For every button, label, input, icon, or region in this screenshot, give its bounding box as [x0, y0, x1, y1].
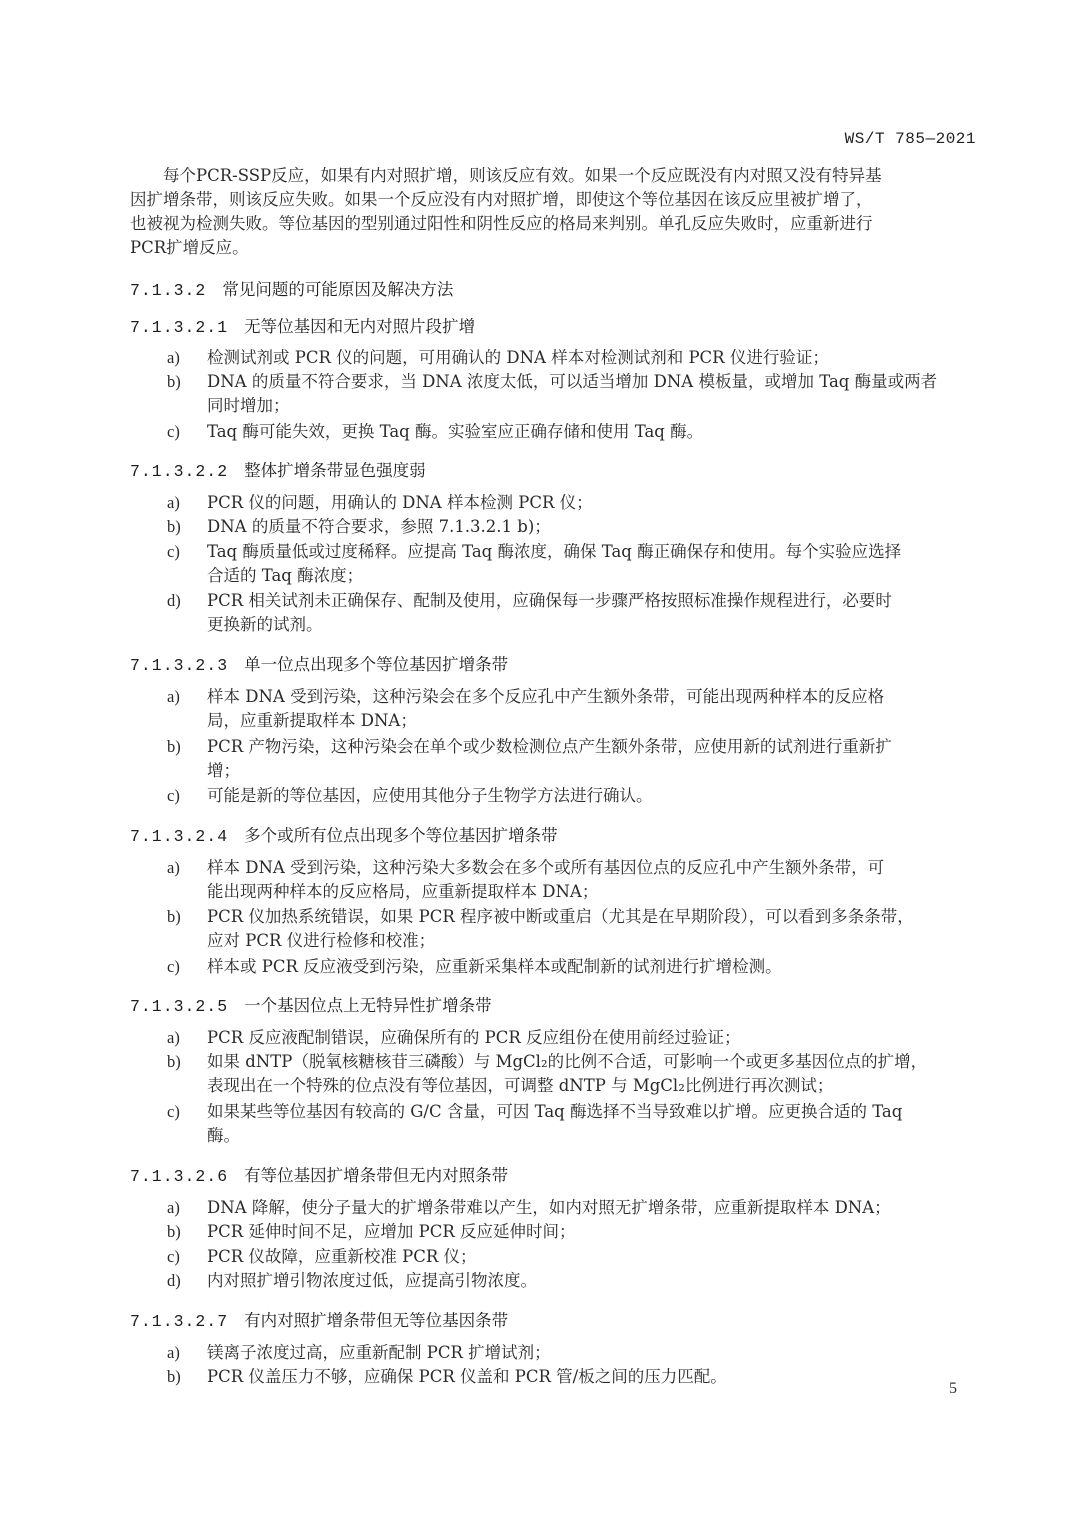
list-marker: c) — [167, 420, 180, 444]
subsection-heading: 7.1.3.2.2整体扩增条带显色强度弱 — [130, 457, 426, 481]
subsection-heading: 7.1.3.2.1无等位基因和无内对照片段扩增 — [130, 313, 475, 337]
list-marker: a) — [167, 856, 180, 880]
list-text: PCR 仪的问题，用确认的 DNA 样本检测 PCR 仪； — [207, 491, 979, 515]
list-text: PCR 相关试剂未正确保存、配制及使用，应确保每一步骤严格按照标准操作规程进行，… — [207, 589, 979, 613]
paragraph-line: PCR扩增反应。 — [130, 236, 978, 260]
list-text: Taq 酶可能失效，更换 Taq 酶。实验室应正确存储和使用 Taq 酶。 — [207, 420, 979, 444]
list-text: 酶。 — [207, 1124, 979, 1148]
subsection-title: 单一位点出现多个等位基因扩增条带 — [244, 655, 508, 674]
list-text: 同时增加； — [207, 394, 979, 418]
subsection-number: 7.1.3.2.5 — [130, 997, 228, 1016]
list-text: PCR 仪故障，应重新校准 PCR 仪； — [207, 1245, 979, 1269]
list-marker: c) — [167, 784, 180, 808]
list-marker: c) — [167, 540, 180, 564]
subsection-title: 多个或所有位点出现多个等位基因扩增条带 — [244, 826, 558, 845]
subsection-number: 7.1.3.2.4 — [130, 827, 228, 846]
subsection-heading: 7.1.3.2.4多个或所有位点出现多个等位基因扩增条带 — [130, 822, 558, 846]
list-text: 样本 DNA 受到污染，这种污染大多数会在多个或所有基因位点的反应孔中产生额外条… — [207, 856, 979, 880]
list-text: DNA 降解，使分子量大的扩增条带难以产生，如内对照无扩增条带，应重新提取样本 … — [207, 1196, 979, 1220]
list-marker: c) — [167, 955, 180, 979]
list-marker: b) — [167, 905, 181, 929]
intro-paragraph: 每个PCR-SSP反应，如果有内对照扩增，则该反应有效。如果一个反应既没有内对照… — [130, 164, 978, 260]
list-marker: a) — [167, 346, 180, 370]
subsection-heading: 7.1.3.2.3单一位点出现多个等位基因扩增条带 — [130, 651, 508, 675]
subsection-number: 7.1.3.2.7 — [130, 1312, 228, 1331]
section-number: 7.1.3.2 — [130, 281, 206, 300]
section-title: 常见问题的可能原因及解决方法 — [222, 280, 453, 299]
list-text: 局，应重新提取样本 DNA； — [207, 709, 979, 733]
list-text: 表现出在一个特殊的位点没有等位基因，可调整 dNTP 与 MgCl₂比例进行再次… — [207, 1074, 979, 1098]
list-marker: a) — [167, 1341, 180, 1365]
subsection-heading: 7.1.3.2.6有等位基因扩增条带但无内对照条带 — [130, 1162, 508, 1186]
list-text: 检测试剂或 PCR 仪的问题，可用确认的 DNA 样本对检测试剂和 PCR 仪进… — [207, 346, 979, 370]
list-text: PCR 仪盖压力不够，应确保 PCR 仪盖和 PCR 管/板之间的压力匹配。 — [207, 1365, 979, 1389]
list-text: DNA 的质量不符合要求，当 DNA 浓度太低，可以适当增加 DNA 模板量，或… — [207, 370, 979, 394]
list-text: PCR 仪加热系统错误，如果 PCR 程序被中断或重启（尤其是在早期阶段），可以… — [207, 905, 979, 929]
list-text: 合适的 Taq 酶浓度； — [207, 564, 979, 588]
list-marker: b) — [167, 370, 181, 394]
list-text: 如果 dNTP（脱氧核糖核苷三磷酸）与 MgCl₂的比例不合适，可影响一个或更多… — [207, 1050, 979, 1074]
list-text: 更换新的试剂。 — [207, 613, 979, 637]
list-text: 样本 DNA 受到污染，这种污染会在多个反应孔中产生额外条带，可能出现两种样本的… — [207, 685, 979, 709]
section-heading: 7.1.3.2常见问题的可能原因及解决方法 — [130, 276, 453, 300]
list-text: PCR 延伸时间不足，应增加 PCR 反应延伸时间； — [207, 1220, 979, 1244]
list-text: 增； — [207, 759, 979, 783]
list-text: 能出现两种样本的反应格局，应重新提取样本 DNA； — [207, 880, 979, 904]
document-page: WS/T 785—2021 每个PCR-SSP反应，如果有内对照扩增，则该反应有… — [0, 0, 1080, 1527]
list-marker: a) — [167, 1026, 180, 1050]
subsection-title: 有等位基因扩增条带但无内对照条带 — [244, 1166, 508, 1185]
subsection-heading: 7.1.3.2.7有内对照扩增条带但无等位基因条带 — [130, 1307, 508, 1331]
list-marker: a) — [167, 685, 180, 709]
list-marker: b) — [167, 1220, 181, 1244]
list-marker: a) — [167, 491, 180, 515]
list-text: PCR 反应液配制错误，应确保所有的 PCR 反应组份在使用前经过验证； — [207, 1026, 979, 1050]
list-marker: c) — [167, 1100, 180, 1124]
subsection-title: 无等位基因和无内对照片段扩增 — [244, 317, 475, 336]
subsection-number: 7.1.3.2.6 — [130, 1167, 228, 1186]
subsection-title: 整体扩增条带显色强度弱 — [244, 461, 426, 480]
subsection-title: 有内对照扩增条带但无等位基因条带 — [244, 1311, 508, 1330]
paragraph-line: 也被视为检测失败。等位基因的型别通过阳性和阴性反应的格局来判别。单孔反应失败时，… — [130, 212, 978, 236]
list-marker: b) — [167, 1050, 181, 1074]
subsection-title: 一个基因位点上无特异性扩增条带 — [244, 996, 492, 1015]
subsection-number: 7.1.3.2.2 — [130, 462, 228, 481]
list-marker: b) — [167, 1365, 181, 1389]
list-marker: d) — [167, 1269, 181, 1293]
list-text: 应对 PCR 仪进行检修和校准； — [207, 929, 979, 953]
list-text: 可能是新的等位基因，应使用其他分子生物学方法进行确认。 — [207, 784, 979, 808]
list-text: 镁离子浓度过高，应重新配制 PCR 扩增试剂； — [207, 1341, 979, 1365]
list-marker: c) — [167, 1245, 180, 1269]
subsection-heading: 7.1.3.2.5一个基因位点上无特异性扩增条带 — [130, 992, 492, 1016]
list-text: 内对照扩增引物浓度过低，应提高引物浓度。 — [207, 1269, 979, 1293]
list-marker: a) — [167, 1196, 180, 1220]
list-text: 样本或 PCR 反应液受到污染，应重新采集样本或配制新的试剂进行扩增检测。 — [207, 955, 979, 979]
paragraph-line: 每个PCR-SSP反应，如果有内对照扩增，则该反应有效。如果一个反应既没有内对照… — [130, 164, 978, 188]
list-text: 如果某些等位基因有较高的 G/C 含量，可因 Taq 酶选择不当导致难以扩增。应… — [207, 1100, 979, 1124]
subsection-number: 7.1.3.2.3 — [130, 656, 228, 675]
standard-code: WS/T 785—2021 — [845, 130, 976, 148]
list-text: Taq 酶质量低或过度稀释。应提高 Taq 酶浓度，确保 Taq 酶正确保存和使… — [207, 540, 979, 564]
list-marker: b) — [167, 515, 181, 539]
list-marker: d) — [167, 589, 181, 613]
list-text: DNA 的质量不符合要求，参照 7.1.3.2.1 b)； — [207, 515, 979, 539]
paragraph-line: 因扩增条带，则该反应失败。如果一个反应没有内对照扩增，即使这个等位基因在该反应里… — [130, 188, 978, 212]
page-number: 5 — [949, 1380, 957, 1398]
list-text: PCR 产物污染，这种污染会在单个或少数检测位点产生额外条带，应使用新的试剂进行… — [207, 735, 979, 759]
list-marker: b) — [167, 735, 181, 759]
subsection-number: 7.1.3.2.1 — [130, 318, 228, 337]
